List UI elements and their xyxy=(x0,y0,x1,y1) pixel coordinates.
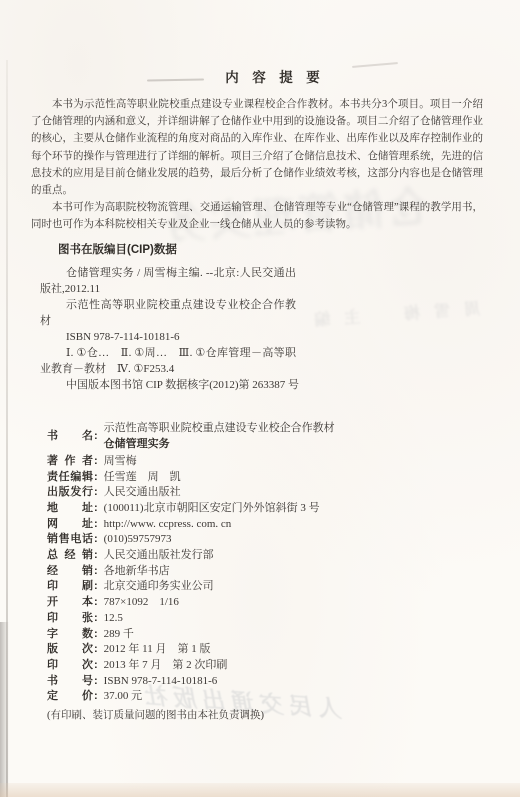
label-colon: : xyxy=(94,642,98,658)
info-row-editor: 责任编辑: 任雪莲 周 凯 xyxy=(47,470,487,486)
info-value: 人民交通出版社发行部 xyxy=(104,548,487,564)
info-row-word-count: 字数: 289 千 xyxy=(47,627,487,643)
cip-body: 仓储管理实务 / 周雪梅主编. --北京:人民交通出版社,2012.11 示范性… xyxy=(40,265,296,393)
book-title-line: 仓储管理实务 xyxy=(104,438,170,450)
label-colon: : xyxy=(94,579,98,595)
label-colon: : xyxy=(94,454,98,470)
info-value: ISBN 978-7-114-10181-6 xyxy=(104,674,487,690)
scanned-book-page: 仓储管理实务 周雪梅 主编 人民交通出版社 内 容 提 要 本书为示范性高等职业… xyxy=(0,0,520,797)
label-colon: : xyxy=(94,658,98,674)
info-row-edition: 版次: 2012 年 11 月 第 1 版 xyxy=(47,642,487,658)
publication-info: 书名 : 示范性高等职业院校重点建设专业校企合作教材 仓储管理实务 著作者: 周… xyxy=(47,421,487,724)
info-label: 印张 xyxy=(47,611,93,627)
info-row-sheets: 印张: 12.5 xyxy=(47,611,487,627)
info-value: 37.00 元 xyxy=(104,689,487,705)
label-colon: : xyxy=(94,595,98,611)
info-label: 定价 xyxy=(47,689,93,705)
showthrough-editor-line: 周雪梅 主编 xyxy=(299,296,480,332)
info-row-address: 地址: (100011)北京市朝阳区安定门外外馆斜街 3 号 xyxy=(47,501,487,517)
label-colon: : xyxy=(94,429,98,445)
info-value: (010)59757973 xyxy=(104,532,487,548)
info-row-publisher: 出版发行: 人民交通出版社 xyxy=(47,485,487,501)
info-label: 书号 xyxy=(47,674,93,690)
info-label: 版次 xyxy=(47,642,93,658)
info-label: 著作者 xyxy=(47,454,93,470)
info-row-price: 定价: 37.00 元 xyxy=(47,689,487,705)
label-colon: : xyxy=(94,517,98,533)
info-label: 地址 xyxy=(47,501,93,517)
label-colon: : xyxy=(94,470,98,486)
page-bottom-edge xyxy=(0,783,520,797)
info-value: 周雪梅 xyxy=(104,454,487,470)
info-row-printer: 印刷: 北京交通印务实业公司 xyxy=(47,579,487,595)
info-label: 总经销 xyxy=(47,548,93,564)
info-value: 2013 年 7 月 第 2 次印刷 xyxy=(104,658,487,674)
content-summary-body: 本书为示范性高等职业院校重点建设专业课程校企合作教材。本书共分3个项目。项目一介… xyxy=(31,96,483,234)
label-colon: : xyxy=(94,611,98,627)
info-label: 书名 xyxy=(47,429,93,445)
info-label: 销售电话 xyxy=(47,532,93,548)
info-label: 网址 xyxy=(47,517,93,533)
summary-paragraph-1: 本书为示范性高等职业院校重点建设专业课程校企合作教材。本书共分3个项目。项目一介… xyxy=(31,96,483,199)
info-row-book-name: 书名 : 示范性高等职业院校重点建设专业校企合作教材 仓储管理实务 xyxy=(47,421,487,453)
info-label: 开本 xyxy=(47,595,93,611)
cip-entry-classification: Ⅰ. ①仓… Ⅱ. ①周… Ⅲ. ①仓库管理－高等职业教育－教材 Ⅳ. ①F25… xyxy=(40,345,296,377)
cip-entry-isbn: ISBN 978-7-114-10181-6 xyxy=(40,329,296,345)
label-colon: : xyxy=(94,548,98,564)
info-value: http://www. ccpress. com. cn xyxy=(104,517,487,533)
cip-heading: 图书在版编目(CIP)数据 xyxy=(58,241,177,257)
label-colon: : xyxy=(94,689,98,705)
info-row-printing: 印次: 2013 年 7 月 第 2 次印刷 xyxy=(47,658,487,674)
label-colon: : xyxy=(94,564,98,580)
info-label: 出版发行 xyxy=(47,485,93,501)
book-series-line: 示范性高等职业院校重点建设专业校企合作教材 xyxy=(104,422,335,434)
quality-exchange-note: (有印刷、装订质量问题的图书由本社负责调换) xyxy=(47,708,487,724)
info-value: (100011)北京市朝阳区安定门外外馆斜街 3 号 xyxy=(104,501,487,517)
info-label: 字数 xyxy=(47,627,93,643)
info-label: 经销 xyxy=(47,564,93,580)
info-value: 人民交通出版社 xyxy=(104,485,487,501)
info-row-distributor: 经销: 各地新华书店 xyxy=(47,564,487,580)
content-summary-heading: 内 容 提 要 xyxy=(0,66,520,86)
info-row-format: 开本: 787×1092 1/16 xyxy=(47,595,487,611)
info-value: 289 千 xyxy=(104,627,487,643)
info-label: 印次 xyxy=(47,658,93,674)
info-value: 787×1092 1/16 xyxy=(104,595,487,611)
label-colon: : xyxy=(94,532,98,548)
label-colon: : xyxy=(94,674,98,690)
info-label: 责任编辑 xyxy=(47,470,93,486)
label-colon: : xyxy=(94,485,98,501)
info-value: 任雪莲 周 凯 xyxy=(104,470,487,486)
cip-entry-title: 仓储管理实务 / 周雪梅主编. --北京:人民交通出版社,2012.11 xyxy=(40,265,296,297)
info-value: 12.5 xyxy=(104,611,487,627)
info-value: 2012 年 11 月 第 1 版 xyxy=(104,642,487,658)
cip-entry-record-number: 中国版本图书馆 CIP 数据核字(2012)第 263387 号 xyxy=(40,377,360,393)
cip-entry-series: 示范性高等职业院校重点建设专业校企合作教材 xyxy=(40,297,296,329)
info-value: 北京交通印务实业公司 xyxy=(104,579,487,595)
info-row-general-distributor: 总经销: 人民交通出版社发行部 xyxy=(47,548,487,564)
info-row-author: 著作者: 周雪梅 xyxy=(47,454,487,470)
info-row-sales-phone: 销售电话: (010)59757973 xyxy=(47,532,487,548)
page-left-bottom-shadow xyxy=(0,622,9,797)
info-label: 印刷 xyxy=(47,579,93,595)
info-row-isbn: 书号: ISBN 978-7-114-10181-6 xyxy=(47,674,487,690)
label-colon: : xyxy=(94,627,98,643)
label-colon: : xyxy=(94,501,98,517)
info-value: 各地新华书店 xyxy=(104,564,487,580)
info-row-website: 网址: http://www. ccpress. com. cn xyxy=(47,517,487,533)
summary-paragraph-2: 本书可作为高职院校物流管理、交通运输管理、仓储管理等专业“仓储管理”课程的教学用… xyxy=(31,199,483,233)
